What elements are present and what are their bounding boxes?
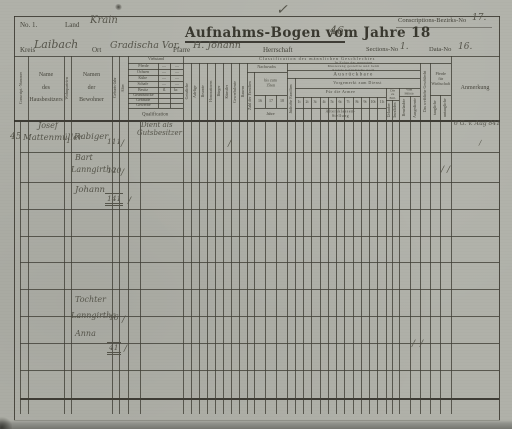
column-sum: 141: [105, 193, 123, 206]
ausrueckbare-label: Ausrückbare: [287, 70, 420, 78]
tally-tick: ∕: [124, 344, 127, 354]
inhabitant-name: Tochter: [75, 295, 106, 304]
conscription-district-label: Conscriptions-Bezirks-No: [398, 17, 466, 24]
category-col: Gewerbsleute: [231, 63, 239, 120]
col-header-housenumber: Conscript.-Nummer: [14, 56, 28, 120]
grid-vline: [295, 120, 296, 414]
grid-hline: [20, 289, 499, 290]
inhabitant-name: Rabiger: [74, 132, 108, 142]
armee-class: 10t: [369, 97, 377, 108]
nachwuchs-year: 16: [254, 95, 265, 108]
remark-note: 6 G. v. Aug 841: [454, 120, 500, 127]
tally-tick: ∕: [441, 165, 444, 175]
owner-first-name: Josef: [38, 121, 58, 130]
armee-title: Für die Armee: [295, 88, 386, 97]
column-sum: 41: [107, 342, 121, 355]
house-number-handwriting: 45: [10, 132, 21, 142]
nachwuchs-jahre: Jahre: [254, 108, 287, 120]
grid-vline: [119, 120, 120, 414]
grid-vline: [328, 120, 329, 414]
col-header-geburtsjahr: Geburts-Jahr: [112, 56, 119, 120]
grid-vline: [140, 120, 141, 414]
col-header-alter: Alter: [119, 56, 128, 120]
grid-hline: [20, 343, 499, 344]
grid-vline: [128, 120, 129, 414]
nachwuchs-top: bis zum15ten: [254, 72, 287, 95]
ort-label: Ort: [92, 46, 101, 54]
form-title: Aufnahms-Bogen vom Jahre 18: [185, 25, 431, 41]
militaer-title: Vom Militär: [399, 88, 420, 96]
grid-vline: [410, 120, 411, 414]
armee-class: 4t: [320, 97, 328, 108]
grid-vline: [207, 120, 208, 414]
col-header-hausbesitzer: NamedesHausbesitzers: [28, 56, 64, 120]
tally-tick: ∕: [447, 165, 450, 175]
armee-class: 11t: [377, 97, 386, 108]
pfarre-value: H. Johann: [193, 40, 241, 51]
grid-vline: [420, 120, 421, 414]
occupation-note-line1: Dient als: [141, 121, 173, 129]
section-value: 1.: [400, 42, 409, 52]
grid-vline: [223, 120, 224, 414]
frame-right: [499, 16, 500, 420]
tally-tick: ∕: [122, 315, 125, 325]
grid-vline: [399, 120, 400, 414]
conscription-district-value: 17.: [472, 13, 486, 23]
pferde-col: taugliche: [430, 95, 440, 120]
kreis-value: Laibach: [34, 38, 78, 51]
grid-hline: [20, 209, 499, 210]
nachwuchs-year: 18: [276, 95, 287, 108]
armee-class: 8t: [353, 97, 361, 108]
grid-vline: [20, 120, 21, 414]
year-handwriting: 46: [330, 24, 344, 37]
armee-class: 7t: [344, 97, 353, 108]
armee-class: 5t: [328, 97, 336, 108]
tally-tick: ∕: [228, 139, 231, 149]
armee-class: 6t: [336, 97, 344, 108]
scanned-conscription-form: No. 1. Land Krain Conscriptions-Bezirks-…: [0, 0, 512, 429]
kr-head: kr.: [170, 87, 183, 93]
tally-tick: ∕: [121, 168, 124, 178]
grid-vline: [239, 120, 240, 414]
grid-vline: [369, 120, 370, 414]
nachwuchs-title: Nachwuchs: [247, 63, 287, 72]
grid-hline: [20, 262, 499, 263]
grid-vline: [276, 120, 277, 414]
inhabitant-name: Bart: [75, 153, 93, 162]
grid-hline: [20, 370, 499, 371]
ort-value: Gradischa Vor.: [110, 40, 180, 51]
armee-class: 3t: [311, 97, 320, 108]
land-label: Land: [65, 21, 79, 29]
armee-class: 1t: [295, 97, 303, 108]
armee-class: 9t: [361, 97, 369, 108]
check-mark: ✓: [276, 2, 288, 18]
section-label: Sections-No: [366, 46, 398, 53]
classification-title: Classification des männlichen Geschlecht…: [183, 56, 451, 63]
tally-tick: ∕: [121, 139, 124, 149]
grid-vline: [215, 120, 216, 414]
grid-vline: [64, 120, 65, 414]
vorgemerkt-label: Vorgemerkt zum Dienst: [295, 78, 420, 88]
category-col: Künstler: [223, 63, 231, 120]
inhabitant-number: 16: [109, 313, 119, 322]
grid-vline: [386, 120, 387, 414]
grid-hline: [20, 236, 499, 237]
sheet-number: No. 1.: [20, 21, 37, 29]
grid-vline: [344, 120, 345, 414]
grid-vline: [392, 120, 393, 414]
category-col: Beamte: [199, 63, 207, 120]
grid-vline: [254, 120, 255, 414]
fl-head: fl.: [158, 87, 170, 93]
category-col: Adelige: [191, 63, 199, 120]
nachwuchs-side: Zahl der Familien: [247, 72, 254, 120]
pferde-col: untaugliche: [440, 95, 451, 120]
grid-vline: [303, 120, 304, 414]
grid-vline: [287, 120, 288, 414]
grid-vline: [336, 120, 337, 414]
grid-vline: [191, 120, 192, 414]
nachwuchs-year: 17: [265, 95, 276, 108]
militaer-col: Ausgediente: [410, 96, 420, 120]
qualification-label: Qualification: [128, 108, 183, 120]
grid-vline: [28, 120, 29, 414]
grid-hline: [14, 120, 500, 122]
grid-vline: [377, 120, 378, 414]
weiblich-col: Das weibliche Geschlecht: [420, 63, 430, 120]
scan-edge-shadow: [0, 420, 512, 429]
grid-vline: [353, 120, 354, 414]
party-count: 1: [66, 136, 71, 145]
entlassen-col: Invaliden: [392, 100, 399, 120]
musterung-line: In Folge der neuesten Musterung gestellt…: [287, 63, 420, 70]
grid-vline: [320, 120, 321, 414]
category-col: Geistliche: [183, 63, 191, 120]
data-value: 16.: [458, 42, 472, 52]
herrschaft-label: Herrschaft: [263, 46, 293, 54]
grid-vline: [311, 120, 312, 414]
corner-smudge: [0, 417, 12, 429]
category-col: Honoratioren: [207, 63, 215, 120]
grid-vline: [199, 120, 200, 414]
tally-tick: ∕: [479, 139, 481, 147]
inhabitant-number: 111: [107, 137, 121, 146]
tally-tick: ∕: [128, 196, 131, 206]
col-header-bewohner: NamenderBewohner: [71, 56, 112, 120]
data-label: Data-No: [429, 46, 451, 53]
grid-vline: [451, 120, 452, 414]
altersklassen-label: Altersklassen-Stellung: [295, 108, 386, 120]
grid-vline: [265, 120, 266, 414]
grid-vline: [183, 120, 184, 414]
armee-class: 2t: [303, 97, 311, 108]
inhabitant-name: Anna: [75, 329, 96, 338]
militaer-col: Beurlaubte: [399, 96, 410, 120]
grid-hline: [20, 182, 499, 183]
juedische-familien-col: Jüdische Familien: [287, 78, 295, 120]
viehstand-title: Viehstand: [128, 56, 183, 63]
entlassen-title: Die zu Entl.: [386, 88, 399, 100]
pferde-title: PferdefürWirthschaft: [430, 63, 451, 95]
tally-tick: ∕: [412, 339, 415, 349]
grid-vline: [247, 120, 248, 414]
grid-vline: [231, 120, 232, 414]
inhabitant-name: Johann: [75, 185, 105, 195]
occupation-note-line2: Gutsbesitzer: [137, 129, 182, 137]
col-header-wohnparteien: Wohnparteien: [64, 56, 71, 120]
tally-tick: ∕: [420, 339, 423, 349]
grid-vline: [430, 120, 431, 414]
ink-smudge: [114, 3, 123, 11]
land-value-handwriting: Krain: [90, 15, 118, 26]
grid-vline: [361, 120, 362, 414]
grid-hline: [20, 398, 499, 400]
kreis-label: Kreis: [20, 46, 35, 54]
category-col: Bürger: [215, 63, 223, 120]
inhabitant-number: 120: [107, 166, 121, 175]
pfarre-label: Pfarre: [173, 46, 190, 54]
category-col: Bauern: [239, 63, 247, 120]
anmerkung-header: Anmerkung: [451, 56, 499, 120]
